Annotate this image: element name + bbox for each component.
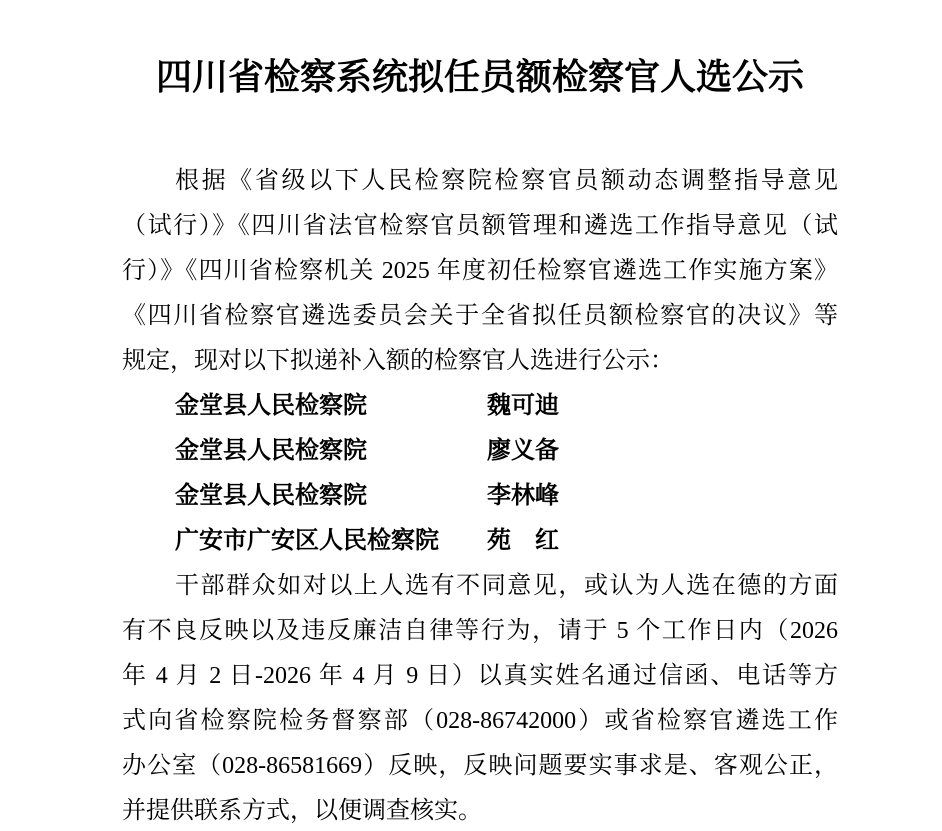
paragraph-line: 《四川省检察官遴选委员会关于全省拟任员额检察官的决议》等: [122, 294, 838, 339]
paragraph-line: 规定，现对以下拟递补入额的检察官人选进行公示：: [122, 339, 838, 384]
candidate-row: 金堂县人民检察院 廖义备: [122, 429, 838, 474]
candidate-name: 苑 红: [487, 519, 559, 564]
candidate-list: 金堂县人民检察院 魏可迪 金堂县人民检察院 廖义备 金堂县人民检察院 李林峰 广…: [122, 384, 838, 564]
paragraph-line: 办公室（028-86581669）反映，反映问题要实事求是、客观公正，: [122, 744, 838, 789]
paragraph-line: （试行）》《四川省法官检察官员额管理和遴选工作指导意见（试: [122, 204, 838, 249]
candidate-row: 金堂县人民检察院 魏可迪: [122, 384, 838, 429]
candidate-name: 李林峰: [487, 474, 559, 519]
closing-paragraph: 干部群众如对以上人选有不同意见，或认为人选在德的方面 有不良反映以及违反廉洁自律…: [122, 564, 838, 831]
paragraph-line: 并提供联系方式，以便调查核实。: [122, 789, 838, 831]
candidate-row: 金堂县人民检察院 李林峰: [122, 474, 838, 519]
candidate-name: 魏可迪: [487, 384, 559, 429]
paragraph-line: 式向省检察院检务督察部（028-86742000）或省检察官遴选工作: [122, 699, 838, 744]
candidate-institution: 金堂县人民检察院: [175, 384, 481, 429]
candidate-name: 廖义备: [487, 429, 559, 474]
candidate-institution: 金堂县人民检察院: [175, 429, 481, 474]
candidate-row: 广安市广安区人民检察院 苑 红: [122, 519, 838, 564]
paragraph-line: 干部群众如对以上人选有不同意见，或认为人选在德的方面: [122, 564, 838, 609]
candidate-institution: 金堂县人民检察院: [175, 474, 481, 519]
paragraph-line: 行）》《四川省检察机关 2025 年度初任检察官遴选工作实施方案》: [122, 249, 838, 294]
document-title: 四川省检察系统拟任员额检察官人选公示: [122, 52, 838, 102]
candidate-institution: 广安市广安区人民检察院: [175, 519, 481, 564]
paragraph-line: 有不良反映以及违反廉洁自律等行为，请于 5 个工作日内（2026: [122, 609, 838, 654]
document-page: 四川省检察系统拟任员额检察官人选公示 根据《省级以下人民检察院检察官员额动态调整…: [0, 0, 942, 831]
paragraph-line: 年 4 月 2 日-2026 年 4 月 9 日）以真实姓名通过信函、电话等方: [122, 654, 838, 699]
paragraph-line: 根据《省级以下人民检察院检察官员额动态调整指导意见: [122, 159, 838, 204]
intro-paragraph: 根据《省级以下人民检察院检察官员额动态调整指导意见 （试行）》《四川省法官检察官…: [122, 159, 838, 384]
